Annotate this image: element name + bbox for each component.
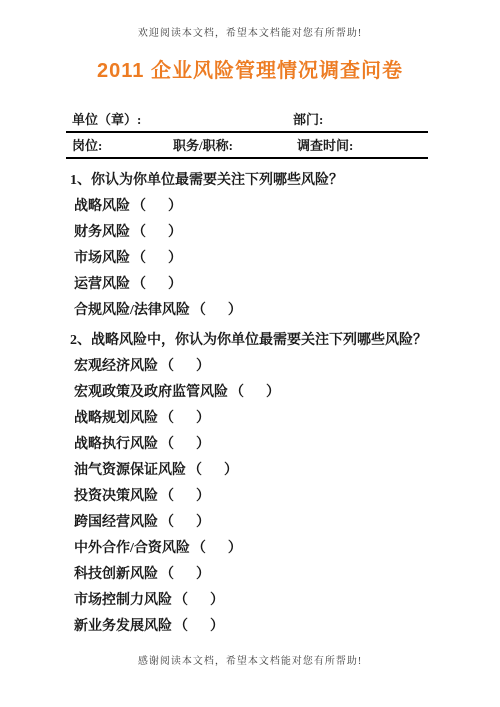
footer-note: 感谢阅读本文档，希望本文档能对您有所帮助! <box>0 652 500 667</box>
question-2-option: 战略执行风险（ ） <box>70 432 464 458</box>
option-label: 战略规划风险 <box>74 411 158 426</box>
position-blank[interactable] <box>108 135 168 157</box>
answer-blank[interactable]: （ ） <box>192 303 246 318</box>
question-1-option: 市场风险（ ） <box>70 246 464 272</box>
job-title-blank[interactable] <box>244 135 292 157</box>
option-label: 宏观政策及政府监管风险 <box>74 385 228 400</box>
question-1-option: 战略风险（ ） <box>70 194 464 220</box>
question-2-option: 中外合作/合资风险（ ） <box>70 536 464 562</box>
job-title-label: 职务/职称: <box>173 135 233 157</box>
answer-blank[interactable]: （ ） <box>160 489 214 504</box>
question-2-option: 宏观经济风险（ ） <box>70 354 464 380</box>
option-label: 油气资源保证风险 <box>74 463 186 478</box>
answer-blank[interactable]: （ ） <box>160 515 214 530</box>
page-title: 2011 企业风险管理情况调查问卷 <box>0 54 500 83</box>
answer-blank[interactable]: （ ） <box>132 277 186 292</box>
header-note: 欢迎阅读本文档，希望本文档能对您有所帮助! <box>0 24 500 39</box>
option-label: 市场风险 <box>74 251 130 266</box>
option-label: 战略风险 <box>74 199 130 214</box>
form-row-unit-department: 单位（章）: 部门: <box>66 109 428 133</box>
option-label: 市场控制力风险 <box>74 593 172 608</box>
answer-blank[interactable]: （ ） <box>174 593 228 608</box>
question-2-option: 市场控制力风险（ ） <box>70 588 464 614</box>
question-2-option: 投资决策风险（ ） <box>70 484 464 510</box>
answer-blank[interactable]: （ ） <box>160 437 214 452</box>
option-label: 中外合作/合资风险 <box>74 541 190 556</box>
question-2-option: 跨国经营风险（ ） <box>70 510 464 536</box>
form-row-position-time: 岗位: 职务/职称: 调查时间: <box>66 135 428 159</box>
option-label: 财务风险 <box>74 225 130 240</box>
position-label: 岗位: <box>72 135 102 157</box>
questions-section: 1、你认为你单位最需要关注下列哪些风险？战略风险（ ）财务风险（ ）市场风险（ … <box>70 168 464 640</box>
answer-blank[interactable]: （ ） <box>132 251 186 266</box>
answer-blank[interactable]: （ ） <box>188 463 242 478</box>
answer-blank[interactable]: （ ） <box>132 199 186 214</box>
department-label: 部门: <box>293 109 323 131</box>
option-label: 投资决策风险 <box>74 489 158 504</box>
answer-blank[interactable]: （ ） <box>230 385 284 400</box>
option-label: 跨国经营风险 <box>74 515 158 530</box>
question-2-heading: 2、战略风险中，你认为你单位最需要关注下列哪些风险？ <box>70 328 464 354</box>
answer-blank[interactable]: （ ） <box>174 619 228 634</box>
answer-blank[interactable]: （ ） <box>160 359 214 374</box>
option-label: 战略执行风险 <box>74 437 158 452</box>
question-2-option: 新业务发展风险（ ） <box>70 614 464 640</box>
option-label: 运营风险 <box>74 277 130 292</box>
answer-blank[interactable]: （ ） <box>160 411 214 426</box>
option-label: 新业务发展风险 <box>74 619 172 634</box>
answer-blank[interactable]: （ ） <box>192 541 246 556</box>
option-label: 科技创新风险 <box>74 567 158 582</box>
answer-blank[interactable]: （ ） <box>160 567 214 582</box>
question-1-option: 合规风险/法律风险（ ） <box>70 298 464 324</box>
option-label: 宏观经济风险 <box>74 359 158 374</box>
question-1-option: 财务风险（ ） <box>70 220 464 246</box>
question-2-option: 宏观政策及政府监管风险（ ） <box>70 380 464 406</box>
question-2-option: 油气资源保证风险（ ） <box>70 458 464 484</box>
document-page: 欢迎阅读本文档，希望本文档能对您有所帮助! 2011 企业风险管理情况调查问卷 … <box>0 0 500 707</box>
unit-blank[interactable] <box>164 109 284 131</box>
department-blank[interactable] <box>328 109 428 131</box>
question-1-heading: 1、你认为你单位最需要关注下列哪些风险？ <box>70 168 464 194</box>
question-2-option: 科技创新风险（ ） <box>70 562 464 588</box>
answer-blank[interactable]: （ ） <box>132 225 186 240</box>
option-label: 合规风险/法律风险 <box>74 303 190 318</box>
survey-time-label: 调查时间: <box>297 135 353 157</box>
survey-time-blank[interactable] <box>363 135 428 157</box>
question-2-option: 战略规划风险（ ） <box>70 406 464 432</box>
question-1-option: 运营风险（ ） <box>70 272 464 298</box>
unit-seal-label: 单位（章）: <box>72 109 141 131</box>
